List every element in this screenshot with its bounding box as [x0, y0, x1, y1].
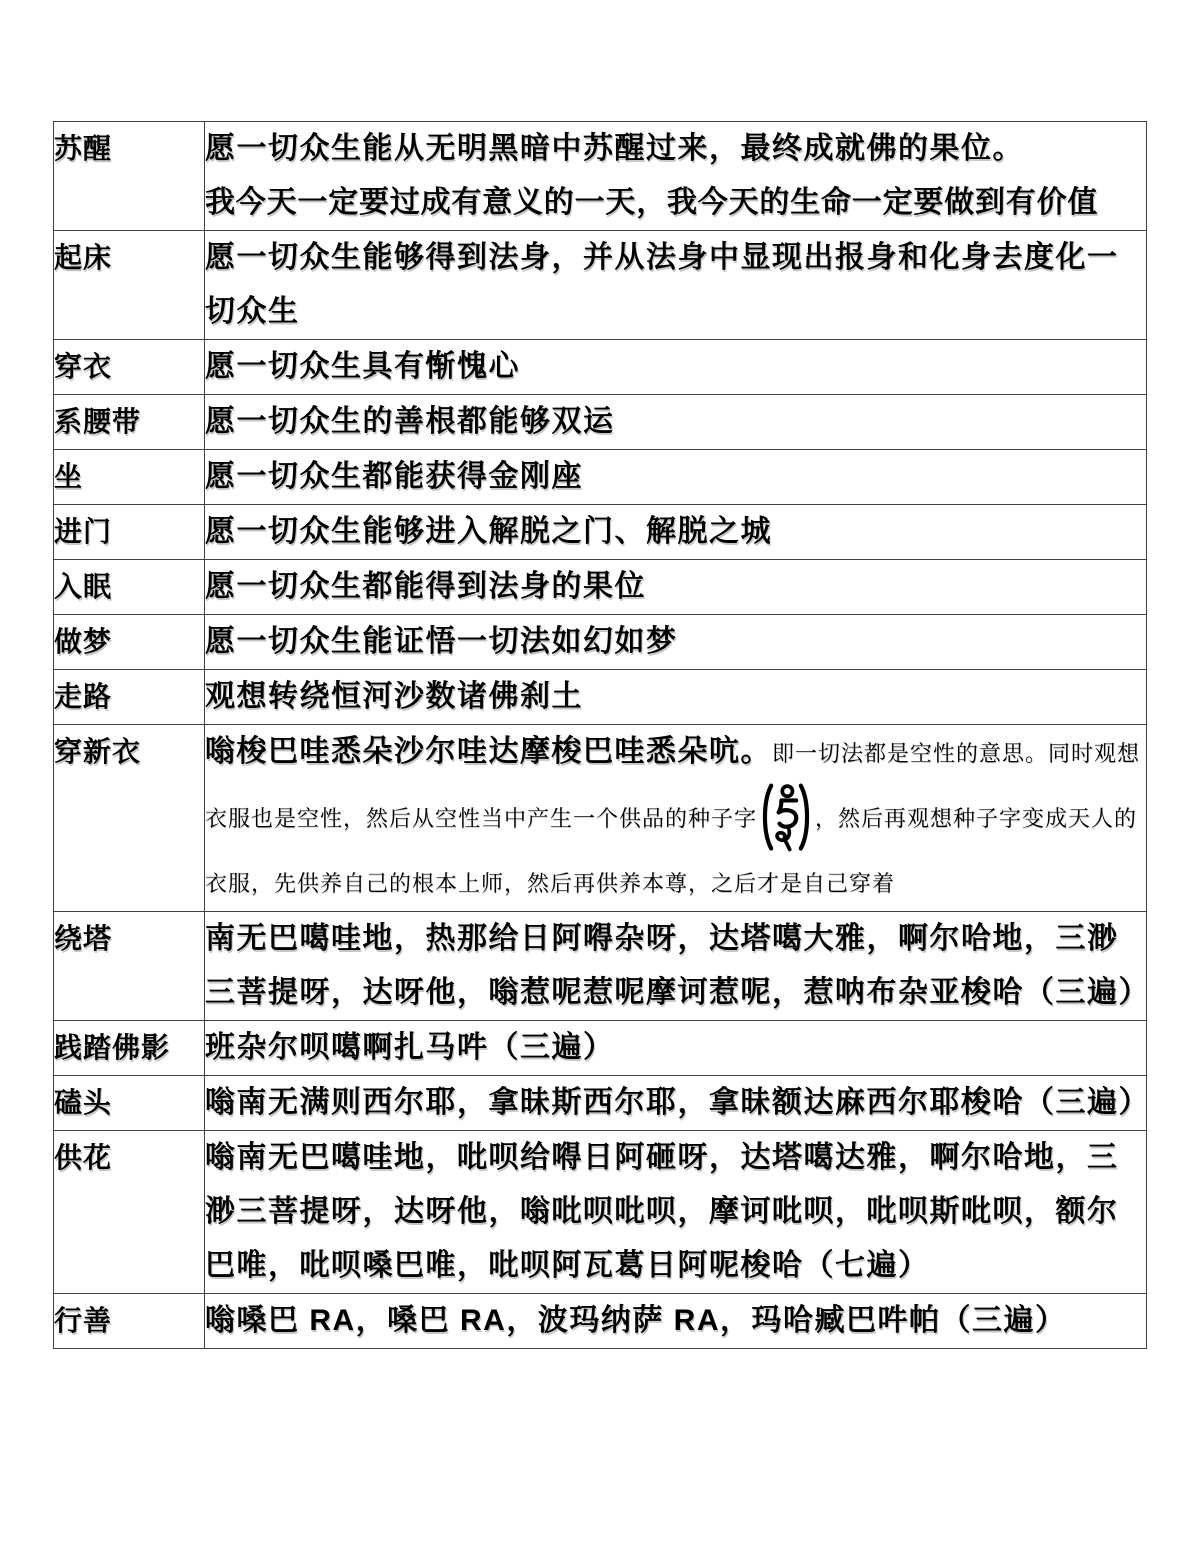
activity-label: 系腰带	[54, 406, 141, 437]
mantra-text: 班杂尔呗噶啊扎马吽（三遍）	[205, 1031, 615, 1064]
content-paragraph: 愿一切众生能够得到法身，并从法身中显现出报身和化身去度化一切众生	[205, 231, 1146, 339]
mantra-text: 愿一切众生能够进入解脱之门、解脱之城	[205, 515, 772, 548]
table-row: 走路观想转绕恒河沙数诸佛刹土	[54, 670, 1147, 725]
activity-label: 供花	[54, 1142, 112, 1173]
activity-label: 进门	[54, 516, 112, 547]
mantra-text: 嗡南无满则西尔耶，拿昧斯西尔耶，拿昧额达麻西尔耶梭哈（三遍）	[205, 1086, 1150, 1119]
content-cell: 愿一切众生都能得到法身的果位	[205, 560, 1147, 615]
content-paragraph: 愿一切众生具有惭愧心	[205, 340, 1146, 394]
mantra-text: 愿一切众生能证悟一切法如幻如梦	[205, 625, 678, 658]
table-row: 穿衣愿一切众生具有惭愧心	[54, 340, 1147, 395]
content-paragraph: 我今天一定要过成有意义的一天，我今天的生命一定要做到有价值	[205, 176, 1146, 230]
content-cell: 愿一切众生的善根都能够双运	[205, 395, 1147, 450]
mantra-text: 我今天一定要过成有意义的一天，我今天的生命一定要做到有价值	[205, 186, 1098, 219]
table-row: 做梦愿一切众生能证悟一切法如幻如梦	[54, 615, 1147, 670]
content-cell: 愿一切众生能从无明黑暗中苏醒过来，最终成就佛的果位。我今天一定要过成有意义的一天…	[205, 122, 1147, 231]
table-row: 系腰带愿一切众生的善根都能够双运	[54, 395, 1147, 450]
activity-label: 践踏佛影	[54, 1032, 170, 1063]
activity-cell: 绕塔	[54, 912, 205, 1021]
tibetan-seed-syllable-icon	[758, 781, 814, 855]
activity-label: 起床	[54, 242, 112, 273]
content-paragraph: 愿一切众生都能获得金刚座	[205, 450, 1146, 504]
activity-cell: 进门	[54, 505, 205, 560]
document-page: 苏醒愿一切众生能从无明黑暗中苏醒过来，最终成就佛的果位。我今天一定要过成有意义的…	[0, 0, 1198, 1349]
content-paragraph: 班杂尔呗噶啊扎马吽（三遍）	[205, 1021, 1146, 1075]
activity-label: 绕塔	[54, 923, 112, 954]
mantra-text: 南无巴噶哇地，热那给日阿嘚杂呀，达塔噶大雅，啊尔哈地，三渺三菩提呀，达呀他，嗡惹…	[205, 922, 1150, 1009]
content-paragraph: 愿一切众生都能得到法身的果位	[205, 560, 1146, 614]
activity-label: 穿衣	[54, 351, 112, 382]
mantra-text: 愿一切众生能从无明黑暗中苏醒过来，最终成就佛的果位。	[205, 132, 1024, 165]
content-paragraph: 愿一切众生的善根都能够双运	[205, 395, 1146, 449]
mantra-text: 嗡梭巴哇悉朵沙尔哇达摩梭巴哇悉朵吭。	[205, 735, 772, 768]
activity-cell: 做梦	[54, 615, 205, 670]
content-cell: 南无巴噶哇地，热那给日阿嘚杂呀，达塔噶大雅，啊尔哈地，三渺三菩提呀，达呀他，嗡惹…	[205, 912, 1147, 1021]
activity-cell: 入眠	[54, 560, 205, 615]
table-row: 坐愿一切众生都能获得金刚座	[54, 450, 1147, 505]
mantra-text: 愿一切众生能够得到法身，并从法身中显现出报身和化身去度化一切众生	[205, 241, 1119, 328]
activity-cell: 起床	[54, 231, 205, 340]
table-row: 供花嗡南无巴噶哇地，吡呗给嘚日阿砸呀，达塔噶达雅，啊尔哈地，三渺三菩提呀，达呀他…	[54, 1131, 1147, 1294]
content-paragraph: 愿一切众生能够进入解脱之门、解脱之城	[205, 505, 1146, 559]
activity-cell: 供花	[54, 1131, 205, 1294]
activity-cell: 磕头	[54, 1076, 205, 1131]
content-paragraph: 嗡嗓巴 RA，嗓巴 RA，波玛纳萨 RA，玛哈臧巴吽帕（三遍）	[205, 1294, 1146, 1348]
activity-cell: 坐	[54, 450, 205, 505]
table-row: 磕头嗡南无满则西尔耶，拿昧斯西尔耶，拿昧额达麻西尔耶梭哈（三遍）	[54, 1076, 1147, 1131]
mantra-text: 嗡嗓巴 RA，嗓巴 RA，波玛纳萨 RA，玛哈臧巴吽帕（三遍）	[205, 1304, 1067, 1337]
content-cell: 愿一切众生都能获得金刚座	[205, 450, 1147, 505]
activity-label: 行善	[54, 1305, 112, 1336]
table-row: 行善嗡嗓巴 RA，嗓巴 RA，波玛纳萨 RA，玛哈臧巴吽帕（三遍）	[54, 1294, 1147, 1349]
table-row: 起床愿一切众生能够得到法身，并从法身中显现出报身和化身去度化一切众生	[54, 231, 1147, 340]
content-paragraph: 愿一切众生能证悟一切法如幻如梦	[205, 615, 1146, 669]
activity-cell: 系腰带	[54, 395, 205, 450]
content-cell: 嗡梭巴哇悉朵沙尔哇达摩梭巴哇悉朵吭。即一切法都是空性的意思。同时观想衣服也是空性…	[205, 725, 1147, 912]
activity-cell: 穿衣	[54, 340, 205, 395]
practice-table: 苏醒愿一切众生能从无明黑暗中苏醒过来，最终成就佛的果位。我今天一定要过成有意义的…	[53, 121, 1147, 1349]
content-cell: 愿一切众生能证悟一切法如幻如梦	[205, 615, 1147, 670]
activity-label: 苏醒	[54, 133, 112, 164]
table-row: 践踏佛影班杂尔呗噶啊扎马吽（三遍）	[54, 1021, 1147, 1076]
content-paragraph: 嗡南无满则西尔耶，拿昧斯西尔耶，拿昧额达麻西尔耶梭哈（三遍）	[205, 1076, 1146, 1130]
activity-label: 穿新衣	[54, 736, 141, 767]
content-cell: 嗡南无满则西尔耶，拿昧斯西尔耶，拿昧额达麻西尔耶梭哈（三遍）	[205, 1076, 1147, 1131]
content-cell: 愿一切众生具有惭愧心	[205, 340, 1147, 395]
table-row: 入眠愿一切众生都能得到法身的果位	[54, 560, 1147, 615]
activity-label: 坐	[54, 461, 83, 492]
activity-cell: 践踏佛影	[54, 1021, 205, 1076]
content-cell: 班杂尔呗噶啊扎马吽（三遍）	[205, 1021, 1147, 1076]
content-paragraph: 愿一切众生能从无明黑暗中苏醒过来，最终成就佛的果位。	[205, 122, 1146, 176]
activity-cell: 行善	[54, 1294, 205, 1349]
activity-label: 走路	[54, 681, 112, 712]
content-cell: 观想转绕恒河沙数诸佛刹土	[205, 670, 1147, 725]
table-row: 穿新衣嗡梭巴哇悉朵沙尔哇达摩梭巴哇悉朵吭。即一切法都是空性的意思。同时观想衣服也…	[54, 725, 1147, 912]
content-paragraph: 观想转绕恒河沙数诸佛刹土	[205, 670, 1146, 724]
activity-label: 磕头	[54, 1087, 112, 1118]
mantra-text: 愿一切众生都能获得金刚座	[205, 460, 583, 493]
table-row: 进门愿一切众生能够进入解脱之门、解脱之城	[54, 505, 1147, 560]
mantra-text: 愿一切众生的善根都能够双运	[205, 405, 615, 438]
mantra-text: 观想转绕恒河沙数诸佛刹土	[205, 680, 583, 713]
activity-label: 入眠	[54, 571, 112, 602]
mantra-text: 嗡南无巴噶哇地，吡呗给嘚日阿砸呀，达塔噶达雅，啊尔哈地，三渺三菩提呀，达呀他，嗡…	[205, 1141, 1119, 1282]
content-cell: 愿一切众生能够得到法身，并从法身中显现出报身和化身去度化一切众生	[205, 231, 1147, 340]
activity-cell: 走路	[54, 670, 205, 725]
content-paragraph: 嗡梭巴哇悉朵沙尔哇达摩梭巴哇悉朵吭。即一切法都是空性的意思。同时观想衣服也是空性…	[205, 725, 1146, 911]
content-cell: 嗡南无巴噶哇地，吡呗给嘚日阿砸呀，达塔噶达雅，啊尔哈地，三渺三菩提呀，达呀他，嗡…	[205, 1131, 1147, 1294]
table-row: 苏醒愿一切众生能从无明黑暗中苏醒过来，最终成就佛的果位。我今天一定要过成有意义的…	[54, 122, 1147, 231]
activity-label: 做梦	[54, 626, 112, 657]
mantra-text: 愿一切众生都能得到法身的果位	[205, 570, 646, 603]
content-cell: 愿一切众生能够进入解脱之门、解脱之城	[205, 505, 1147, 560]
content-paragraph: 嗡南无巴噶哇地，吡呗给嘚日阿砸呀，达塔噶达雅，啊尔哈地，三渺三菩提呀，达呀他，嗡…	[205, 1131, 1146, 1293]
mantra-text: 愿一切众生具有惭愧心	[205, 350, 520, 383]
table-row: 绕塔南无巴噶哇地，热那给日阿嘚杂呀，达塔噶大雅，啊尔哈地，三渺三菩提呀，达呀他，…	[54, 912, 1147, 1021]
content-cell: 嗡嗓巴 RA，嗓巴 RA，波玛纳萨 RA，玛哈臧巴吽帕（三遍）	[205, 1294, 1147, 1349]
content-paragraph: 南无巴噶哇地，热那给日阿嘚杂呀，达塔噶大雅，啊尔哈地，三渺三菩提呀，达呀他，嗡惹…	[205, 912, 1146, 1020]
activity-cell: 穿新衣	[54, 725, 205, 912]
activity-cell: 苏醒	[54, 122, 205, 231]
